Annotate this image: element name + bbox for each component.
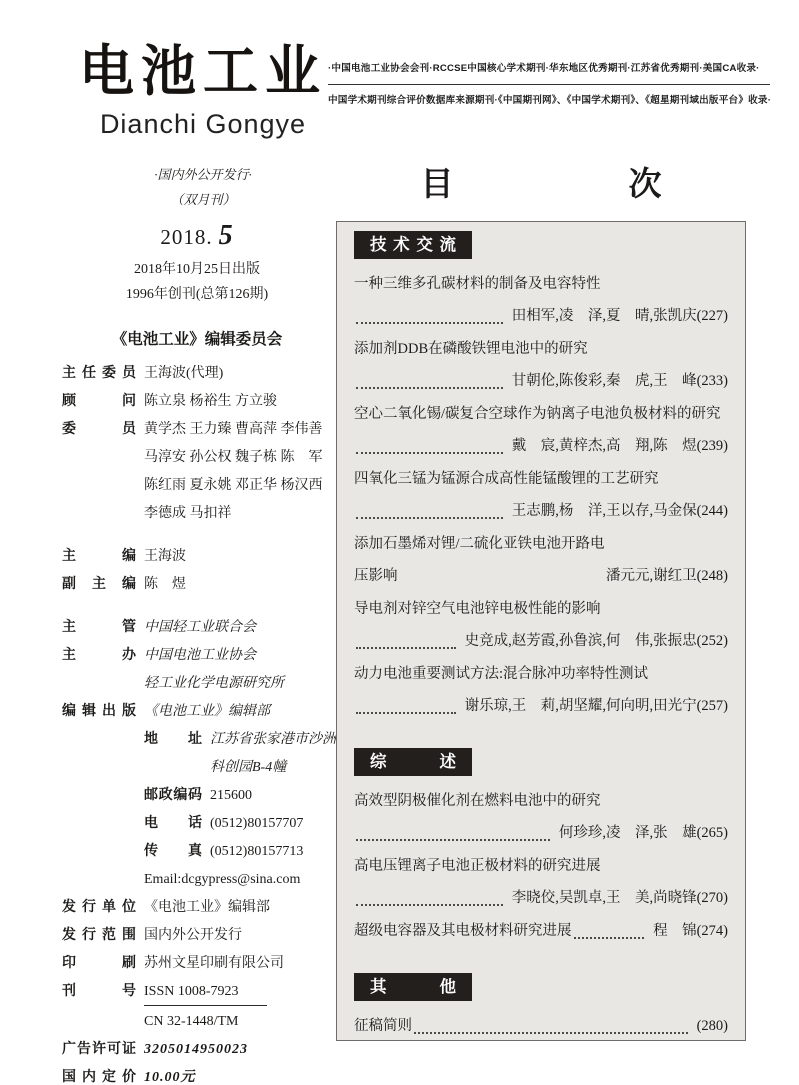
info-value-line: ISSN 1008-7923 [144, 978, 340, 1008]
article-authors: 李晓佼,吴凯卓,王 美,尚晓锋(270) [512, 882, 728, 914]
indexing-banner: ·中国电池工业协会会刊·RCCSE中国核心学术期刊·华东地区优秀期刊·江苏省优秀… [328, 62, 770, 108]
info-row: 邮政编码215600 [62, 782, 340, 810]
info-label: 主办 [62, 642, 136, 670]
toc-article: 高电压锂离子电池正极材料的研究进展李晓佼,吴凯卓,王 美,尚晓锋(270) [354, 850, 728, 914]
toc-article: 动力电池重要测试方法:混合脉冲功率特性测试谢乐琼,王 莉,胡坚耀,何向明,田光宁… [354, 658, 728, 722]
banner-line-1: ·中国电池工业协会会刊·RCCSE中国核心学术期刊·华东地区优秀期刊·江苏省优秀… [328, 62, 770, 76]
toc-article: 空心二氧化锡/碳复合空球作为钠离子电池负极材料的研究戴 宸,黄梓杰,高 翔,陈 … [354, 398, 728, 462]
info-row: 国内定价10.00元 [62, 1064, 340, 1085]
info-value-line: 科创园B-4幢 [210, 754, 350, 782]
issue-no: 5 [219, 220, 234, 251]
info-value: (0512)80157713 [210, 838, 340, 866]
info-row: 副主编陈 煜 [62, 571, 340, 599]
info-row: 广告许可证3205014950023 [62, 1036, 340, 1064]
info-value: 陈 煜 [144, 571, 340, 599]
info-label: 副主编 [62, 571, 136, 599]
banner-divider [328, 84, 770, 85]
issue-block: 2018.5 2018年10月25日出版 1996年创刊(总第126期) [58, 220, 336, 303]
info-label: 刊号 [62, 978, 136, 1006]
info-value: 苏州文星印刷有限公司 [144, 950, 340, 978]
info-sublabel: 传真 [144, 838, 202, 866]
info-row: 电话(0512)80157707 [62, 810, 340, 838]
toc-article: 导电剂对锌空气电池锌电极性能的影响史竞成,赵芳霞,孙鲁滨,何 伟,张振忠(252… [354, 593, 728, 657]
article-authors: 甘朝伦,陈俊彩,秦 虎,王 峰(233) [512, 365, 728, 397]
info-value: (0512)80157707 [210, 810, 340, 838]
info-sublabel: 电话 [144, 810, 202, 838]
info-row: 刊号ISSN 1008-7923CN 32-1448/TM [62, 978, 340, 1036]
contents-heading-right: 次 [629, 158, 662, 205]
toc-article: 添加剂DDB在磷酸铁锂电池中的研究甘朝伦,陈俊彩,秦 虎,王 峰(233) [354, 333, 728, 397]
info-value-line: 王海波(代理) [144, 360, 340, 388]
info-value-line: 陈红雨 夏永姚 邓正华 杨汉西 [144, 472, 340, 500]
article-authors: 史竞成,赵芳霞,孙鲁滨,何 伟,张振忠(252) [465, 625, 728, 657]
article-line: 征稿简则(280) [354, 1010, 728, 1042]
info-value-line: 江苏省张家港市沙洲湖 [210, 726, 350, 754]
info-value-line: 10.00元 [144, 1064, 340, 1085]
info-value: 陈立泉 杨裕生 方立骏 [144, 388, 340, 416]
article-leader-line: 谢乐琼,王 莉,胡坚耀,何向明,田光宁(257) [354, 690, 728, 722]
dot-leader [574, 937, 645, 939]
committee-title: 《电池工业》编辑委员会 [58, 327, 336, 349]
info-row: 发行单位《电池工业》编辑部 [62, 894, 340, 922]
dot-leader [356, 517, 503, 519]
toc-article: 超级电容器及其电极材料研究进展程 锦(274) [354, 915, 728, 947]
article-title: 高效型阴极催化剂在燃料电池中的研究 [354, 785, 728, 817]
info-value-line: 3205014950023 [144, 1036, 340, 1064]
info-row: Email:dcgypress@sina.com [62, 866, 340, 894]
info-value: 王海波(代理) [144, 360, 340, 388]
article-title: 导电剂对锌空气电池锌电极性能的影响 [354, 593, 728, 625]
dot-leader [356, 647, 456, 649]
info-value: Email:dcgypress@sina.com [144, 866, 340, 894]
article-authors: 谢乐琼,王 莉,胡坚耀,何向明,田光宁(257) [465, 690, 728, 722]
toc-section: 技术交流一种三维多孔碳材料的制备及电容特性田相军,凌 泽,夏 晴,张凯庆(227… [354, 231, 728, 722]
article-title: 四氧化三锰为锰源合成高性能锰酸锂的工艺研究 [354, 463, 728, 495]
publish-date: 2018年10月25日出版 [58, 258, 336, 278]
info-value: ISSN 1008-7923CN 32-1448/TM [144, 978, 340, 1036]
dot-leader [356, 904, 503, 906]
banner-line-2: 中国学术期刊综合评价数据库来源期刊·《中国期刊网》、《中国学术期刊》、《超星期刊… [328, 94, 770, 108]
dot-leader [356, 387, 503, 389]
issue-year: 2018. [160, 225, 212, 249]
info-row: 顾问陈立泉 杨裕生 方立骏 [62, 388, 340, 416]
toc-section-header: 技术交流 [354, 231, 472, 259]
info-gap [62, 599, 340, 614]
info-row: 地址江苏省张家港市沙洲湖科创园B-4幢 [62, 726, 340, 782]
info-value: 黄学杰 王力臻 曹高萍 李伟善马淳安 孙公权 魏子栋 陈 军陈红雨 夏永姚 邓正… [144, 416, 340, 528]
article-line: 超级电容器及其电极材料研究进展程 锦(274) [354, 915, 728, 947]
info-row: 主任委员王海波(代理) [62, 360, 340, 388]
info-value-line: 陈立泉 杨裕生 方立骏 [144, 388, 340, 416]
info-label: 广告许可证 [62, 1036, 136, 1064]
info-row: 主编王海波 [62, 543, 340, 571]
info-label: 顾问 [62, 388, 136, 416]
info-label: 编辑出版 [62, 698, 136, 726]
info-value-line: 黄学杰 王力臻 曹高萍 李伟善 [144, 416, 340, 444]
article-title: 高电压锂离子电池正极材料的研究进展 [354, 850, 728, 882]
info-value: 10.00元 [144, 1064, 340, 1085]
info-value-line: (0512)80157707 [210, 810, 340, 838]
info-label: 发行范围 [62, 922, 136, 950]
article-title: 征稿简则 [354, 1010, 412, 1042]
dot-leader [414, 1032, 688, 1034]
info-value-line: Email:dcgypress@sina.com [144, 866, 340, 894]
toc-section: 综述高效型阴极催化剂在燃料电池中的研究何珍珍,凌 泽,张 雄(265)高电压锂离… [354, 748, 728, 947]
article-leader-line: 史竞成,赵芳霞,孙鲁滨,何 伟,张振忠(252) [354, 625, 728, 657]
info-value-line: 李德成 马扣祥 [144, 500, 340, 528]
info-sublabel: 地址 [144, 726, 202, 754]
article-authors: 潘元元,谢红卫(248) [606, 560, 728, 592]
article-authors: (280) [697, 1010, 728, 1042]
toc-box: 技术交流一种三维多孔碳材料的制备及电容特性田相军,凌 泽,夏 晴,张凯庆(227… [336, 221, 746, 1041]
toc-article: 四氧化三锰为锰源合成高性能锰酸锂的工艺研究王志鹏,杨 洋,王以存,马金保(244… [354, 463, 728, 527]
issn-number: ISSN 1008-7923 [144, 979, 267, 1006]
frequency-note: （双月刊） [72, 189, 334, 208]
info-value-line: 国内外公开发行 [144, 922, 340, 950]
info-label: 主任委员 [62, 360, 136, 388]
dot-leader [356, 712, 456, 714]
toc-article: 征稿简则(280) [354, 1010, 728, 1042]
dot-leader [356, 322, 503, 324]
founded-note: 1996年创刊(总第126期) [58, 283, 336, 303]
article-authors: 戴 宸,黄梓杰,高 翔,陈 煜(239) [512, 430, 728, 462]
info-value-line: 王海波 [144, 543, 340, 571]
toc-article: 添加石墨烯对锂/二硫化亚铁电池开路电压影响潘元元,谢红卫(248) [354, 528, 728, 592]
distribution-note: ·国内外公开发行· [72, 164, 334, 183]
info-label: 主编 [62, 543, 136, 571]
article-title: 添加剂DDB在磷酸铁锂电池中的研究 [354, 333, 728, 365]
article-title: 一种三维多孔碳材料的制备及电容特性 [354, 268, 728, 300]
article-title: 超级电容器及其电极材料研究进展 [354, 915, 572, 947]
article-title: 动力电池重要测试方法:混合脉冲功率特性测试 [354, 658, 728, 690]
info-row: 委员黄学杰 王力臻 曹高萍 李伟善马淳安 孙公权 魏子栋 陈 军陈红雨 夏永姚 … [62, 416, 340, 528]
info-row: 发行范围国内外公开发行 [62, 922, 340, 950]
toc-article: 高效型阴极催化剂在燃料电池中的研究何珍珍,凌 泽,张 雄(265) [354, 785, 728, 849]
info-label: 印刷 [62, 950, 136, 978]
info-label: 委员 [62, 416, 136, 444]
info-row: 主办中国电池工业协会轻工业化学电源研究所 [62, 642, 340, 698]
article-authors: 王志鹏,杨 洋,王以存,马金保(244) [512, 495, 728, 527]
issue-number: 2018.5 [58, 220, 336, 252]
article-title: 添加石墨烯对锂/二硫化亚铁电池开路电压影响 [354, 528, 606, 592]
info-label: 主管 [62, 614, 136, 642]
info-value-line: (0512)80157713 [210, 838, 340, 866]
article-leader-line: 戴 宸,黄梓杰,高 翔,陈 煜(239) [354, 430, 728, 462]
article-authors: 田相军,凌 泽,夏 晴,张凯庆(227) [512, 300, 728, 332]
toc-section-header: 综述 [354, 748, 472, 776]
info-label: 国内定价 [62, 1064, 136, 1085]
info-value-line: 中国电池工业协会 [144, 642, 340, 670]
info-value-line: 中国轻工业联合会 [144, 614, 340, 642]
info-gap [62, 528, 340, 543]
info-value: 《电池工业》编辑部 [144, 894, 340, 922]
article-leader-line: 甘朝伦,陈俊彩,秦 虎,王 峰(233) [354, 365, 728, 397]
article-line: 添加石墨烯对锂/二硫化亚铁电池开路电压影响潘元元,谢红卫(248) [354, 528, 728, 592]
article-leader-line: 田相军,凌 泽,夏 晴,张凯庆(227) [354, 300, 728, 332]
info-value-line: 《电池工业》编辑部 [144, 698, 340, 726]
article-leader-line: 王志鹏,杨 洋,王以存,马金保(244) [354, 495, 728, 527]
info-value-line: CN 32-1448/TM [144, 1008, 340, 1036]
info-value-line: 苏州文星印刷有限公司 [144, 950, 340, 978]
info-value: 国内外公开发行 [144, 922, 340, 950]
dot-leader [356, 839, 550, 841]
toc-article: 一种三维多孔碳材料的制备及电容特性田相军,凌 泽,夏 晴,张凯庆(227) [354, 268, 728, 332]
journal-title-pinyin: Dianchi Gongye [72, 109, 334, 140]
info-value: 中国电池工业协会轻工业化学电源研究所 [144, 642, 340, 698]
info-value-line: 《电池工业》编辑部 [144, 894, 340, 922]
info-value: 215600 [210, 782, 340, 810]
info-row: 传真(0512)80157713 [62, 838, 340, 866]
article-authors: 何珍珍,凌 泽,张 雄(265) [559, 817, 728, 849]
journal-title-cn: 电池工业 [72, 44, 334, 99]
info-value: 《电池工业》编辑部 [144, 698, 340, 726]
article-authors: 程 锦(274) [653, 915, 728, 947]
dot-leader [356, 452, 503, 454]
info-value: 中国轻工业联合会 [144, 614, 340, 642]
info-row: 编辑出版《电池工业》编辑部 [62, 698, 340, 726]
info-row: 印刷苏州文星印刷有限公司 [62, 950, 340, 978]
toc-section: 其他征稿简则(280) [354, 973, 728, 1042]
article-leader-line: 李晓佼,吴凯卓,王 美,尚晓锋(270) [354, 882, 728, 914]
info-label: 发行单位 [62, 894, 136, 922]
info-value-line: 马淳安 孙公权 魏子栋 陈 军 [144, 444, 340, 472]
info-value: 江苏省张家港市沙洲湖科创园B-4幢 [210, 726, 350, 782]
masthead: 电池工业 Dianchi Gongye ·国内外公开发行· （双月刊） [72, 44, 334, 208]
publication-info: 主任委员王海波(代理)顾问陈立泉 杨裕生 方立骏委员黄学杰 王力臻 曹高萍 李伟… [62, 360, 340, 1085]
info-value: 3205014950023 [144, 1036, 340, 1064]
info-sublabel: 邮政编码 [144, 782, 202, 810]
toc-section-header: 其他 [354, 973, 472, 1001]
article-leader-line: 何珍珍,凌 泽,张 雄(265) [354, 817, 728, 849]
contents-heading-left: 目 [421, 158, 454, 205]
info-value: 王海波 [144, 543, 340, 571]
info-row: 主管中国轻工业联合会 [62, 614, 340, 642]
info-value-line: 轻工业化学电源研究所 [144, 670, 340, 698]
info-value-line: 陈 煜 [144, 571, 340, 599]
info-value-line: 215600 [210, 782, 340, 810]
article-title: 空心二氧化锡/碳复合空球作为钠离子电池负极材料的研究 [354, 398, 728, 430]
contents-heading: 目 次 [336, 158, 746, 205]
